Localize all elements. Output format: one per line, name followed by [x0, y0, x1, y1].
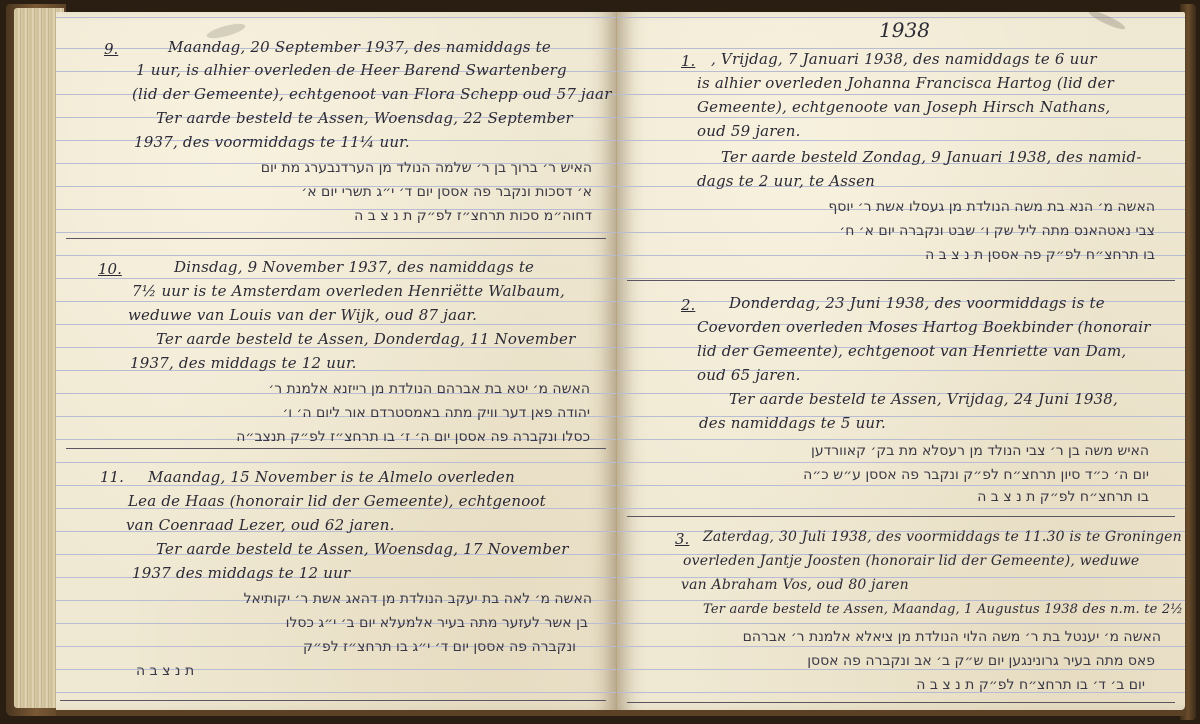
entry-text-line: Ter aarde besteld te Assen, Vrijdag, 24 … — [729, 388, 1118, 411]
entry-9: 9. Maandag, 20 September 1937, des namid… — [56, 12, 616, 242]
entry-number: 11. — [100, 468, 124, 486]
hebrew-text-line: צבי נאטהאנס מתה ליל שק ו׳ שבט ונקברה יום… — [839, 220, 1155, 243]
hebrew-text-line: ונקברה פה אססן יום ד׳ י״ג בו תרחצ״ז לפ״ק — [303, 636, 576, 659]
hebrew-text-line: בו תרחצ״ח לפ״ק ת נ צ ב ה — [977, 486, 1149, 509]
entry-text-line: Ter aarde besteld Zondag, 9 Januari 1938… — [721, 146, 1142, 169]
entry-number: 9. — [104, 40, 118, 58]
hebrew-text-line: האשה מ׳ יענטל בת ר׳ משה הלוי הנולדת מן צ… — [743, 626, 1161, 649]
entry-separator — [60, 700, 606, 701]
open-register-book: 9. Maandag, 20 September 1937, des namid… — [0, 0, 1200, 724]
entry-text-line: Lea de Haas (honorair lid der Gemeente),… — [128, 490, 546, 513]
entry-text-line: van Abraham Vos, oud 80 jaren — [681, 574, 909, 597]
entry-text-line: oud 59 jaren. — [697, 120, 801, 143]
entry-text-line: , Vrijdag, 7 Januari 1938, des namiddags… — [711, 48, 1097, 71]
hebrew-text-line: האשה מ׳ יטא בת אברהם הנולדת מן רייזנא אל… — [268, 378, 590, 401]
entry-text-line: 1937, des voormiddags te 11¼ uur. — [134, 131, 410, 154]
hebrew-text-line: האיש ר׳ ברוך בן ר׳ שלמה הנולד מן הערדנבע… — [261, 157, 592, 180]
entry-text-line: Gemeente), echtgenoote van Joseph Hirsch… — [697, 96, 1110, 119]
entry-text-line: Ter aarde besteld te Assen, Donderdag, 1… — [156, 328, 575, 351]
hebrew-text-line: דחוה״מ סכות תרחצ״ז לפ״ק ת נ צ ב ה — [354, 205, 592, 228]
entry-text-line: Coevorden overleden Moses Hartog Boekbin… — [697, 316, 1151, 339]
entry-number: 3. — [675, 530, 689, 548]
hebrew-text-line: בן אשר לעזער מתה בעיר אלמעלא יום ב׳ י״ג … — [286, 612, 588, 635]
left-page: 9. Maandag, 20 September 1937, des namid… — [56, 12, 617, 710]
entry-separator — [627, 280, 1175, 281]
entry-separator — [66, 448, 606, 449]
entry-number: 10. — [98, 260, 122, 278]
entry-text-line: (lid der Gemeente), echtgenoot van Flora… — [132, 83, 612, 106]
entry-text-line: Maandag, 20 September 1937, des namiddag… — [168, 36, 551, 59]
hebrew-text-line: יום ב׳ ד׳ בו תרחצ״ח לפ״ק ת נ צ ב ה — [916, 674, 1145, 697]
entry-text-line: dags te 2 uur, te Assen — [697, 170, 875, 193]
entry-text-line: 1937 des middags te 12 uur — [132, 562, 350, 585]
hebrew-text-line: יהודה פאן דער וויק מתה באמסטרדם אור ליום… — [282, 402, 590, 425]
hebrew-text-line: פאס מתה בעיר גרונינגען יום ש״ק ב׳ אב ונק… — [807, 650, 1155, 673]
hebrew-text-line: בו תרחצ״ח לפ״ק פה אססן ת נ צ ב ה — [925, 244, 1155, 267]
hebrew-text-line: האשה מ׳ הנא בת משה הנולדת מן געסלו אשת ר… — [828, 196, 1155, 219]
entry-text-line: des namiddags te 5 uur. — [699, 412, 886, 435]
entry-separator — [627, 516, 1175, 517]
entry-number: 2. — [681, 296, 695, 314]
entry-number: 1. — [681, 52, 695, 70]
entry-text-line: Dinsdag, 9 November 1937, des namiddags … — [174, 256, 534, 279]
hebrew-text-line: האשה מ׳ לאה בת יעקב הנולדת מן דהאג אשת ר… — [244, 588, 592, 611]
entry-text-line: overleden Jantje Joosten (honorair lid d… — [683, 550, 1139, 573]
entry-text-line: Ter aarde besteld te Assen, Maandag, 1 A… — [703, 598, 1185, 621]
entry-text-line: 1937, des middags te 12 uur. — [130, 352, 357, 375]
hebrew-text-line: כסלו ונקברה פה אססן יום ה׳ ז׳ בו תרחצ״ז … — [236, 426, 590, 449]
entry-1938-2: 2. Donderdag, 23 Juni 1938, des voormidd… — [617, 282, 1185, 512]
right-page: 1938 1. , Vrijdag, 7 Januari 1938, des n… — [617, 12, 1185, 710]
entry-separator — [627, 702, 1175, 703]
hebrew-text-line: יום ה׳ כ״ד סיון תרחצ״ח לפ״ק ונקבר פה אסס… — [803, 464, 1149, 487]
entry-text-line: 1 uur, is alhier overleden de Heer Baren… — [136, 59, 567, 82]
entry-10: 10. Dinsdag, 9 November 1937, des namidd… — [56, 240, 616, 450]
hebrew-text-line: ת נ צ ב ה — [136, 660, 194, 683]
entry-1938-1: 1. , Vrijdag, 7 Januari 1938, des namidd… — [617, 12, 1185, 282]
entry-text-line: weduwe van Louis van der Wijk, oud 87 ja… — [128, 304, 477, 327]
entry-text-line: lid der Gemeente), echtgenoot van Henrie… — [697, 340, 1126, 363]
hebrew-text-line: א׳ דסכות ונקבר פה אססן יום ד׳ י״ג תשרי י… — [301, 181, 592, 204]
entry-text-line: Ter aarde besteld te Assen, Woensdag, 22… — [156, 107, 573, 130]
hebrew-text-line: האיש משה בן ר׳ צבי הנולד מן רעסלא מת בק׳… — [811, 440, 1149, 463]
entry-text-line: is alhier overleden Johanna Francisca Ha… — [697, 72, 1114, 95]
entry-text-line: Ter aarde besteld te Assen, Woensdag, 17… — [156, 538, 569, 561]
entry-text-line: van Coenraad Lezer, oud 62 jaren. — [126, 514, 395, 537]
entry-text-line: oud 65 jaren. — [697, 364, 801, 387]
entry-text-line: Zaterdag, 30 Juli 1938, des voormiddags … — [703, 526, 1182, 549]
entry-11: 11. Maandag, 15 November is te Almelo ov… — [56, 452, 616, 702]
entry-1938-3: 3. Zaterdag, 30 Juli 1938, des voormidda… — [617, 518, 1185, 708]
entry-text-line: 7½ uur is te Amsterdam overleden Henriët… — [132, 280, 565, 303]
entry-text-line: Donderdag, 23 Juni 1938, des voormiddags… — [729, 292, 1105, 315]
entry-separator — [66, 238, 606, 239]
entry-text-line: Maandag, 15 November is te Almelo overle… — [148, 466, 515, 489]
